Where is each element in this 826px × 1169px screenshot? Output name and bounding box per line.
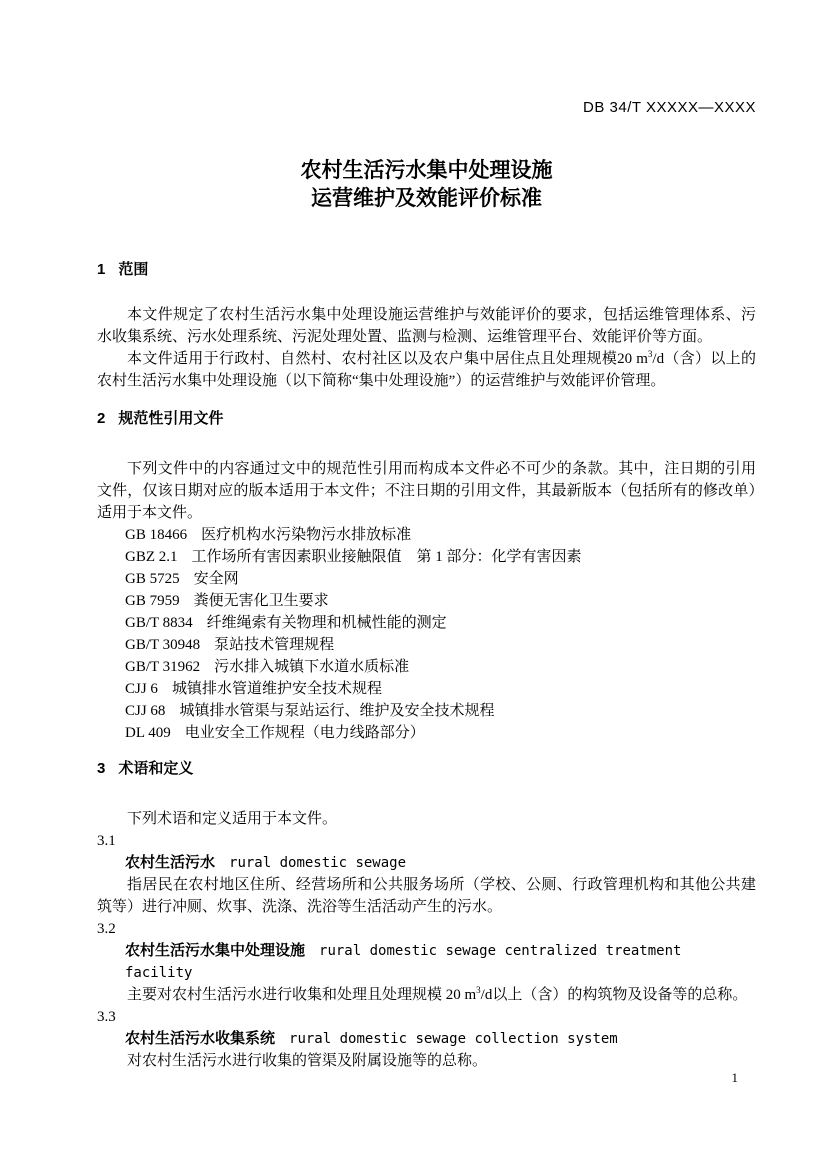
section-heading-scope: 1范围 xyxy=(97,261,756,278)
section-number: 1 xyxy=(97,261,105,278)
reference-code: GB 7959 xyxy=(125,593,180,609)
section-number: 2 xyxy=(97,410,105,427)
document-page: DB 34/T XXXXX—XXXX 农村生活污水集中处理设施 运营维护及效能评… xyxy=(0,0,826,1169)
section-number: 3 xyxy=(97,760,105,777)
term-entry-3-1: 3.1 农村生活污水rural domestic sewage 指居民在农村地区… xyxy=(97,830,756,918)
reference-item: CJJ 68城镇排水管渠与泵站运行、维护及安全技术规程 xyxy=(97,700,756,722)
page-content: DB 34/T XXXXX—XXXX 农村生活污水集中处理设施 运营维护及效能评… xyxy=(97,0,756,1072)
reference-title: 工作场所有害因素职业接触限值 第 1 部分：化学有害因素 xyxy=(192,549,582,565)
reference-item: GB/T 31962污水排入城镇下水道水质标准 xyxy=(97,656,756,678)
reference-code: GBZ 2.1 xyxy=(125,549,178,565)
page-number: 1 xyxy=(732,1070,739,1086)
reference-title: 污水排入城镇下水道水质标准 xyxy=(214,659,409,675)
reference-code: GB/T 8834 xyxy=(125,615,193,631)
term-number: 3.2 xyxy=(97,918,756,940)
reference-code: CJJ 6 xyxy=(125,681,158,697)
reference-item: GB/T 30948泵站技术管理规程 xyxy=(97,634,756,656)
reference-code: DL 409 xyxy=(125,725,171,741)
term-definition: 主要对农村生活污水进行收集和处理且处理规模 20 m3/d以上（含）的构筑物及设… xyxy=(97,984,756,1006)
term-number: 3.3 xyxy=(97,1006,756,1028)
reference-item: GB 5725安全网 xyxy=(97,568,756,590)
term-entry-3-3: 3.3 农村生活污水收集系统rural domestic sewage coll… xyxy=(97,1006,756,1072)
reference-title: 城镇排水管道维护安全技术规程 xyxy=(172,681,382,697)
reference-title: 城镇排水管渠与泵站运行、维护及安全技术规程 xyxy=(179,703,494,719)
reference-code: GB/T 31962 xyxy=(125,659,200,675)
document-title: 农村生活污水集中处理设施 运营维护及效能评价标准 xyxy=(97,157,756,213)
scope-paragraph-2: 本文件适用于行政村、自然村、农村社区以及农户集中居住点且处理规模20 m3/d（… xyxy=(97,348,756,392)
reference-item: GB 18466医疗机构水污染物污水排放标准 xyxy=(97,524,756,546)
term-english: rural domestic sewage collection system xyxy=(289,1031,618,1047)
reference-item: CJJ 6城镇排水管道维护安全技术规程 xyxy=(97,678,756,700)
reference-item: GB/T 8834纤维绳索有关物理和机械性能的测定 xyxy=(97,612,756,634)
term-line: 农村生活污水收集系统rural domestic sewage collecti… xyxy=(97,1028,756,1050)
term-number: 3.1 xyxy=(97,830,756,852)
reference-item: DL 409电业安全工作规程（电力线路部分） xyxy=(97,722,756,744)
term-definition-text: 主要对农村生活污水进行收集和处理且处理规模 20 m xyxy=(127,987,476,1003)
section-title: 范围 xyxy=(118,261,148,278)
terms-intro: 下列术语和定义适用于本文件。 xyxy=(97,808,756,830)
scope-paragraph-1: 本文件规定了农村生活污水集中处理设施运营维护与效能评价的要求，包括运维管理体系、… xyxy=(97,304,756,348)
section-heading-references: 2规范性引用文件 xyxy=(97,410,756,427)
term-line: 农村生活污水rural domestic sewage xyxy=(97,852,756,874)
section-heading-terms: 3术语和定义 xyxy=(97,760,756,777)
term-name: 农村生活污水 xyxy=(125,854,215,871)
reference-code: CJJ 68 xyxy=(125,703,165,719)
reference-title: 安全网 xyxy=(194,571,239,587)
term-definition: 对农村生活污水进行收集的管渠及附属设施等的总称。 xyxy=(97,1050,756,1072)
term-name: 农村生活污水集中处理设施 xyxy=(125,942,305,959)
term-name: 农村生活污水收集系统 xyxy=(125,1030,275,1047)
term-line: 农村生活污水集中处理设施rural domestic sewage centra… xyxy=(97,940,756,984)
reference-code: GB 5725 xyxy=(125,571,180,587)
reference-title: 电业安全工作规程（电力线路部分） xyxy=(185,725,425,741)
doc-number: DB 34/T XXXXX—XXXX xyxy=(97,100,756,115)
term-definition-text-cont: /d以上（含）的构筑物及设备等的总称。 xyxy=(481,987,748,1003)
reference-list: GB 18466医疗机构水污染物污水排放标准 GBZ 2.1工作场所有害因素职业… xyxy=(97,524,756,744)
references-intro: 下列文件中的内容通过文中的规范性引用而构成本文件必不可少的条款。其中，注日期的引… xyxy=(97,458,756,524)
reference-item: GB 7959粪便无害化卫生要求 xyxy=(97,590,756,612)
term-definition: 指居民在农村地区住所、经营场所和公共服务场所（学校、公厕、行政管理机构和其他公共… xyxy=(97,874,756,918)
reference-code: GB 18466 xyxy=(125,527,187,543)
reference-item: GBZ 2.1工作场所有害因素职业接触限值 第 1 部分：化学有害因素 xyxy=(97,546,756,568)
term-english: rural domestic sewage xyxy=(229,855,406,871)
reference-title: 纤维绳索有关物理和机械性能的测定 xyxy=(207,615,447,631)
reference-title: 医疗机构水污染物污水排放标准 xyxy=(201,527,411,543)
section-title: 规范性引用文件 xyxy=(118,410,223,427)
term-entry-3-2: 3.2 农村生活污水集中处理设施rural domestic sewage ce… xyxy=(97,918,756,1006)
reference-title: 粪便无害化卫生要求 xyxy=(194,593,329,609)
section-title: 术语和定义 xyxy=(118,760,193,777)
scope-paragraph-2-text: 本文件适用于行政村、自然村、农村社区以及农户集中居住点且处理规模20 m xyxy=(127,351,648,367)
reference-title: 泵站技术管理规程 xyxy=(214,637,334,653)
title-line-2: 运营维护及效能评价标准 xyxy=(97,185,756,213)
title-line-1: 农村生活污水集中处理设施 xyxy=(97,157,756,185)
reference-code: GB/T 30948 xyxy=(125,637,200,653)
